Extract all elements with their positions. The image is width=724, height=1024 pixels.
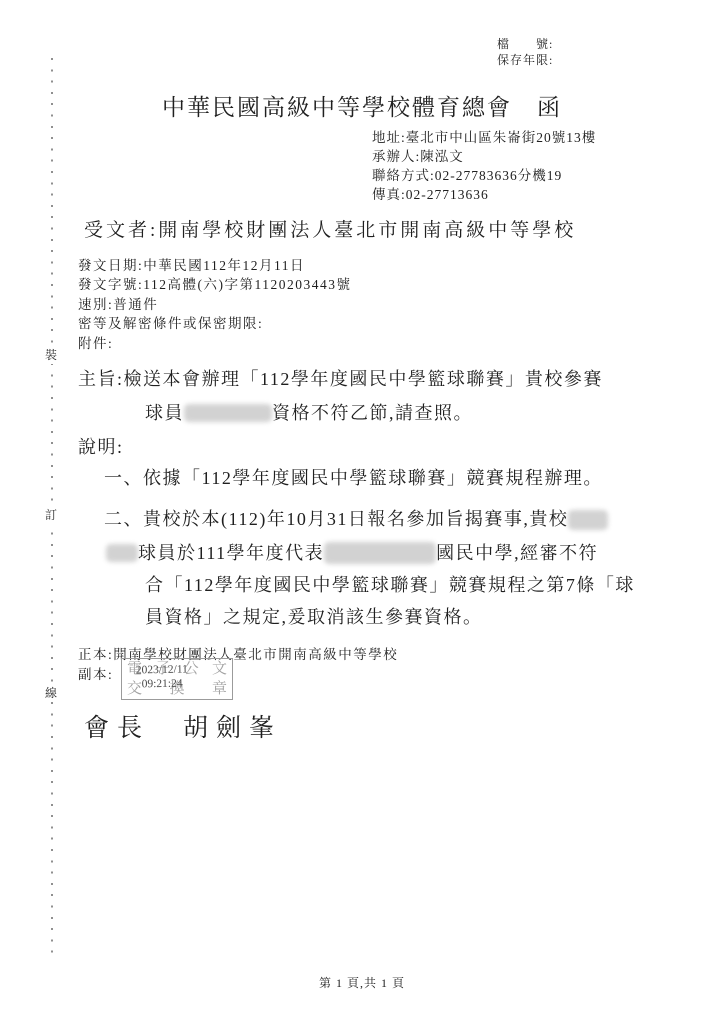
explanation-item-2-line-1: 二、貴校於本(112)年10月31日報名參加旨揭賽事,貴校	[104, 505, 608, 531]
subject-line-2-text-after: 資格不符乙節,請查照。	[272, 403, 473, 423]
file-number-label: 檔 號:	[497, 37, 553, 53]
copy-recipient-label: 副本:	[78, 663, 113, 683]
issue-date: 發文日期:中華民國112年12月11日	[78, 256, 352, 275]
subject-line-1: 主旨:檢送本會辦理「112學年度國民中學籃球聯賽」貴校參賽	[78, 365, 603, 391]
file-number-block: 檔 號: 保存年限:	[497, 37, 553, 68]
binding-mark-top: 裝	[44, 346, 58, 364]
letter-title: 中華民國高級中等學校體育總會 函	[0, 89, 724, 122]
stamp-timestamp: 2023/12/11 09:21:24	[136, 663, 188, 692]
explanation-item-2-line-3: 合「112學年度國民中學籃球聯賽」競賽規程之第7條「球	[145, 571, 635, 597]
priority-level: 速別:普通件	[78, 295, 352, 314]
redaction-school-team	[568, 510, 608, 530]
sender-fax: 傳真:02-27713636	[372, 185, 596, 204]
explanation-item-2-line-4: 員資格」之規定,爰取消該生參賽資格。	[145, 603, 483, 629]
explanation-item-2-line-2: 球員於111學年度代表國民中學,經審不符	[106, 539, 598, 565]
redaction-name-prefix	[106, 544, 138, 562]
explanation-item-2-line-2-text: 球員於111學年度代表	[138, 543, 324, 563]
explanation-item-1: 一、依據「112學年度國民中學籃球聯賽」競賽規程辦理。	[104, 464, 603, 490]
sender-contact-person: 承辦人:陳泓文	[372, 147, 596, 166]
stamp-char: 章	[212, 679, 227, 699]
explanation-item-2-line-1-text: 二、貴校於本(112)年10月31日報名參加旨揭賽事,貴校	[104, 509, 568, 529]
subject-line-2-text: 球員	[145, 403, 184, 423]
redaction-player-name	[184, 404, 272, 422]
explanation-heading: 說明:	[78, 433, 124, 459]
stamp-time: 09:21:24	[136, 677, 188, 692]
retention-period-label: 保存年限:	[497, 53, 553, 69]
official-letter-page: 裝 訂 線 檔 號: 保存年限: 中華民國高級中等學校體育總會 函 地址:臺北市…	[0, 0, 724, 1024]
page-number-footer: 第 1 頁,共 1 頁	[0, 974, 724, 991]
chairman-signature: 會長 胡劍峯	[84, 708, 282, 744]
sender-address: 地址:臺北市中山區朱崙街20號13樓	[372, 128, 596, 147]
sender-phone: 聯絡方式:02-27783636分機19	[372, 166, 596, 185]
document-number: 發文字號:112高體(六)字第1120203443號	[78, 275, 352, 294]
binding-mark-middle: 訂	[44, 506, 58, 524]
attachment-label: 附件:	[78, 334, 352, 353]
subject-line-2: 球員資格不符乙節,請查照。	[145, 399, 473, 425]
stamp-date: 2023/12/11	[136, 663, 188, 678]
stamp-char: 文	[212, 659, 227, 679]
security-classification: 密等及解密條件或保密期限:	[78, 314, 352, 333]
document-info-block: 發文日期:中華民國112年12月11日 發文字號:112高體(六)字第11202…	[78, 256, 352, 353]
recipient-line: 受文者:開南學校財團法人臺北市開南高級中等學校	[84, 215, 576, 242]
electronic-exchange-stamp: 電 子 公 文 交 換 章 2023/12/11 09:21:24	[121, 658, 233, 700]
explanation-item-2-line-2-text-after: 國民中學,經審不符	[436, 543, 598, 563]
redaction-former-school	[324, 542, 436, 564]
sender-contact-block: 地址:臺北市中山區朱崙街20號13樓 承辦人:陳泓文 聯絡方式:02-27783…	[372, 128, 596, 204]
binding-mark-bottom: 線	[44, 684, 58, 702]
